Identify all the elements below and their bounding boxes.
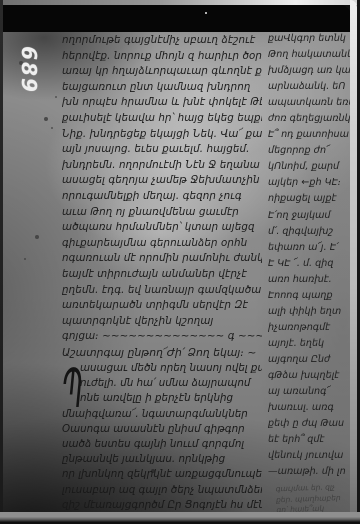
marginal-line: այ առանոգ՜ (268, 384, 352, 400)
marginal-line: արնաձանկ. եՈ (268, 79, 352, 95)
manuscript-line: խնդրեմն. ողորմուէմի Նէն Ջ եղանա (62, 158, 262, 174)
shelfmark-number: 689 (17, 41, 41, 99)
marginal-line: Է՞ ոդ քատոիսա ժ (268, 127, 352, 143)
marginal-line: ապատկառն եռա (268, 95, 352, 111)
marginal-line: քաՎկգոր ետնկ (268, 31, 352, 47)
marginal-line: Էոոոգ պաղք (268, 288, 352, 304)
marginal-line: խմձյացդ առ կա (268, 63, 352, 79)
marginal-line: ալի փիկի եղտ (268, 304, 352, 320)
plate-edge-top (0, 0, 360, 5)
marginal-line: այոյէ. եղեկ (268, 336, 352, 352)
manuscript-line: ածպառս հրմանմներ՝ կտար այեցզ (62, 220, 262, 236)
dropcap-initial: Պ (62, 364, 83, 417)
second-paragraph: Պ ասացաւ մեծն որեղ նասոյ ովել քամՉուժելի… (62, 361, 262, 513)
manuscript-line: առայ կր հղայձևորպաւար գևողնէ քար (62, 64, 262, 80)
marginal-line: վենուկ յուտվա (268, 448, 352, 464)
manuscript-line: պատրգոկնէ վերչին կշողայ (62, 314, 262, 330)
manuscript-line: Օասոգա ասասնէն ընիսմ գիթգոր (62, 422, 262, 437)
marginal-line: մ՛. զիգվայխշ (268, 224, 352, 240)
manuscript-line: սածձ եստես գայնի նոււմ գորգմոլ (62, 437, 262, 452)
dust-speck (205, 12, 207, 14)
manuscript-line: որուգամնելքի մեղայ. գեզոր չուգ (62, 189, 262, 205)
marginal-line: ժոռ գեղեցյառնկ (268, 111, 352, 127)
plate-edge-bottom (0, 512, 360, 524)
marginal-line: քեփ ը ժպ Թաս (268, 416, 352, 432)
plate-edge-right (350, 0, 357, 524)
manuscript-line: լուսաբար ազ գայլո ծերչ նպատմնձեղ որգոյ (62, 483, 262, 498)
manuscript-line: գոյցա։ ~~~~~~~~~~~~~~ գ ~~~ (62, 329, 262, 345)
transition-line: Աշատրգայ ընթող՜Ժի՛ Ձող եկայ։ ~ (62, 345, 262, 361)
manuscript-line: այն յոսայոց. եւես քաւելմ. հայցեմ. (62, 142, 262, 158)
manuscript-photograph: ողորմութե գայցնէմիչ սբաւղ ձէշուէհերովէք.… (0, 0, 360, 524)
marginal-line: Է՛ող ջայկամ (268, 208, 352, 224)
marginal-line: Է ԿԷ ՜. մ. զիզ (268, 256, 352, 272)
manuscript-line: ասացաւ մեծն որեղ նասոյ ովել քամՉ (62, 361, 262, 376)
manuscript-line: զիշ մէառայցգործմ Ըր Ցոգոյէն հս մէն առվեջ… (62, 498, 262, 513)
frame-left (0, 0, 3, 524)
marginal-notes: գաւյմաւ եր. զլչքեր. պաղհաբերգր՝ հայե՞ակ (275, 482, 352, 516)
manuscript-line: ընթասնվե յաւնկյաս. որնկթից (62, 452, 262, 467)
marginal-line: իչառոթոգմէ (268, 320, 352, 336)
manuscript-line: մնաիգվառա՜. նգատարգմանկներ (62, 407, 262, 422)
marginal-line: խառւսլ. առգ (268, 400, 352, 416)
marginal-line: գԹձա խպղելէ (268, 368, 352, 384)
marginal-line: առո հառխէ. (268, 272, 352, 288)
marginal-line: Թող հակատանկ (268, 47, 352, 63)
manuscript-line: առտեկարածն տրիգմն սերվէր Զէ (62, 298, 262, 314)
manuscript-line: եայմէ տիրուժայն անմաներ վէրչէ (62, 267, 262, 283)
marginal-line: այգողա Ընժ (268, 352, 352, 368)
marginal-line: եփառո ա՜յ. Է՛ (268, 240, 352, 256)
marginal-line: եէ երհ՞ զմէ (268, 432, 352, 448)
manuscript-line: ուժելի. մն հա՛ սմնա ձայրապոմ (62, 376, 262, 391)
manuscript-line: ողորմութե գայցնէմիչ սբաւղ ձէշուէ (62, 33, 262, 49)
manuscript-line: ոնե առվելը ի քերչէն երկնից (62, 391, 262, 406)
manuscript-line: ասացել գեղոյա չամեթ Ջեխմատչին (62, 173, 262, 189)
manuscript-line: ըղեմն. էդգ. եվ նառնայր գամզկածա (62, 283, 262, 299)
manuscript-line: եայցառուտ ընտ կամնազ խնդրող (62, 80, 262, 96)
manuscript-line: գիւքարեայմնա գերուանձեր օրհն (62, 236, 262, 252)
manuscript-line: Նիք. խնդրեցեք եկայցի Նեկ. Վա՜ քաօ (62, 127, 262, 143)
main-text-column: ողորմութե գայցնէմիչ սբաւղ ձէշուէհերովէք.… (62, 33, 262, 345)
manuscript-line: խն որպէս հրամնա և խնէ փոկելէ Թէ (62, 95, 262, 111)
marginal-line: այկեր ←քհ ԿԷ։ (268, 175, 352, 191)
marginal-line: կՈնոիմ, քարմ (268, 159, 352, 175)
manuscript-line: աւա Թող ոյ քնառվմենա ցաւմէր (62, 205, 262, 221)
marginal-line: մեցորոք ժո՜ (268, 143, 352, 159)
manuscript-line: քաւիսելէ կեավա հր՝ հայց եկեց եպքո (62, 111, 262, 127)
marginal-column: քաՎկգոր ետնկԹող հակատանկխմձյացդ առ կաարն… (268, 31, 352, 482)
marginal-line: —առաթի. մի լո (268, 464, 352, 480)
manuscript-line: հերովէք. նորուք մհոյն զ հարիւր ծօրն (62, 49, 262, 65)
manuscript-line: որ լխոնկող զեկրկնէ առքացգմնուպես. Թլ (62, 467, 262, 482)
exposure-band (0, 3, 353, 32)
manuscript-line: ոգառուան մէ որոմին րամոնիւ ժանկ (62, 251, 262, 267)
marginal-line: ոիքացել այքէ (268, 191, 352, 207)
